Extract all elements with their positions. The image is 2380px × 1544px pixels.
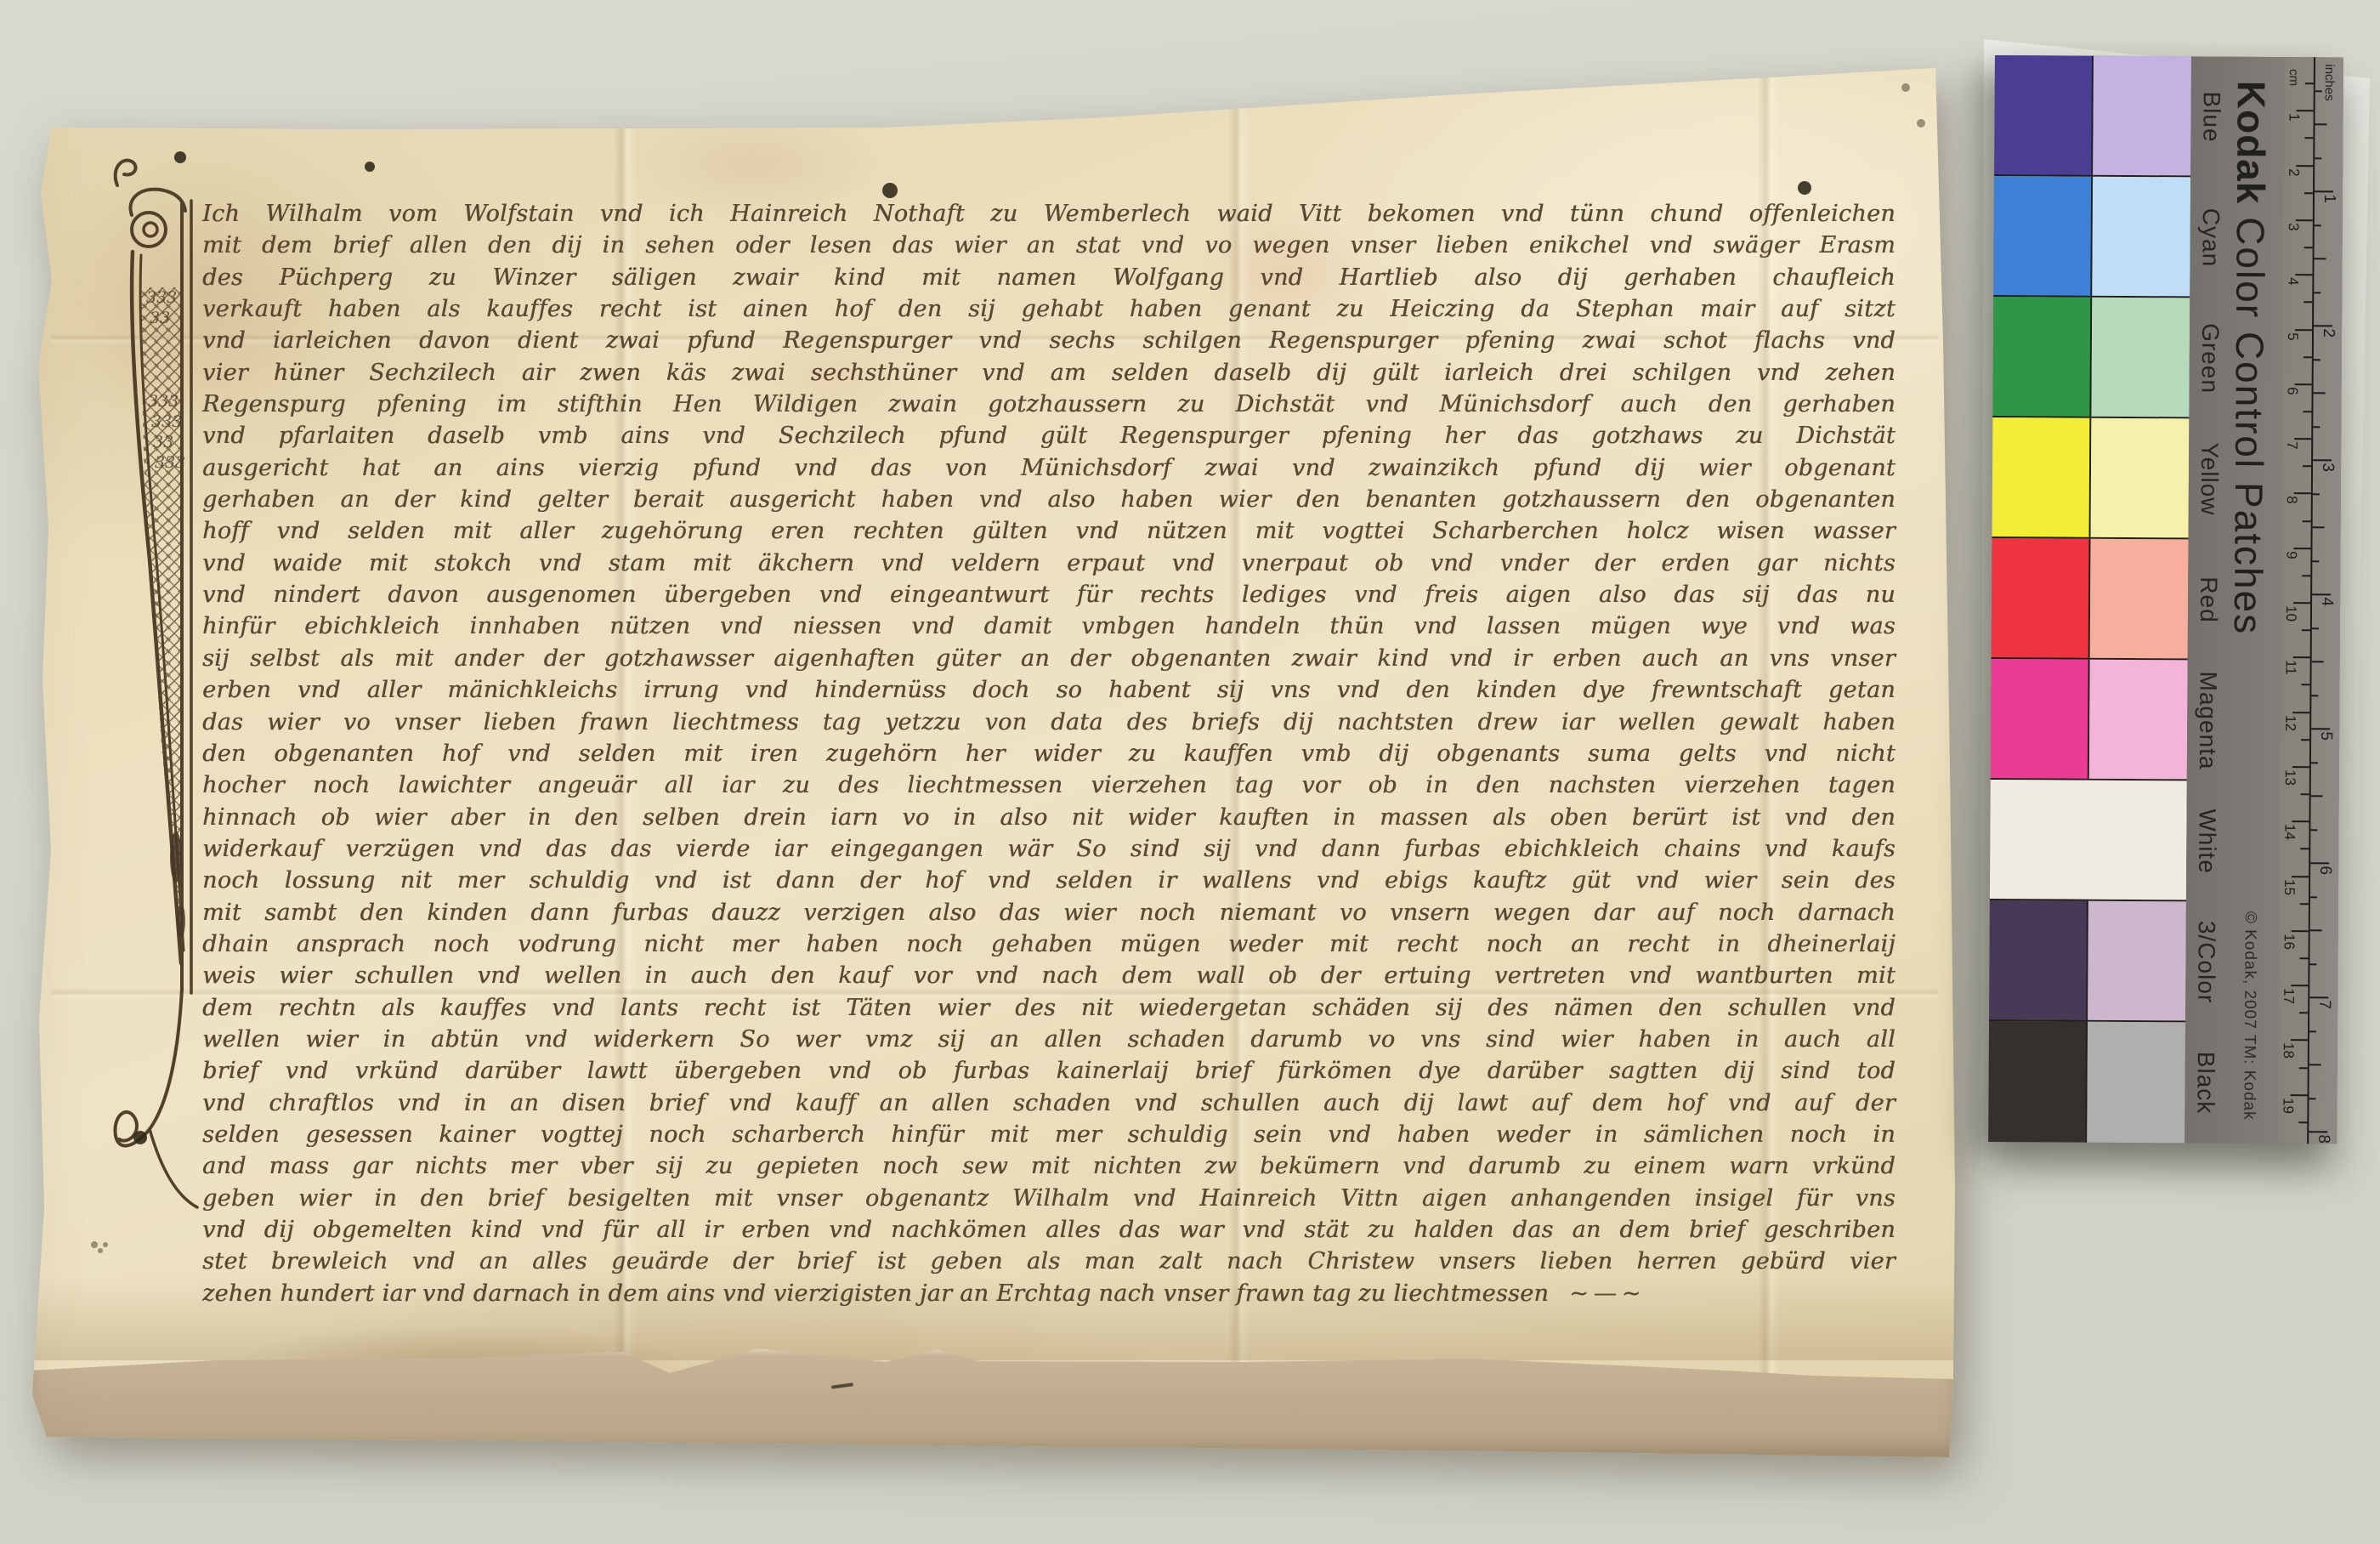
manuscript-line: mit dem brief allen den dij in sehen ode… — [202, 230, 1895, 261]
ruler-number: 7 — [2283, 441, 2300, 450]
color-row-label-yellow: Yellow — [2196, 442, 2224, 515]
ruler-tick — [2294, 493, 2311, 495]
ruler-tick — [2304, 247, 2313, 248]
manuscript-line: zehen hundert iar vnd darnach in dem ain… — [202, 1278, 1895, 1309]
svg-text:33: 33 — [150, 309, 170, 327]
svg-text:33: 33 — [153, 433, 173, 451]
patch-blue-solid — [1994, 55, 2094, 175]
manuscript-line: widerkauf verzügen vnd das das vierde ia… — [202, 833, 1895, 865]
patch-yellow-tint — [2091, 418, 2190, 538]
color-row-label-white: White — [2193, 809, 2220, 874]
ink-dot — [1917, 119, 1925, 128]
manuscript-line: vnd nindert davon ausgenomen übergeben v… — [202, 579, 1895, 610]
manuscript-line: Regenspurg pfening im stifthin Hen Wildi… — [202, 389, 1895, 420]
ruler-number: 5 — [2316, 731, 2335, 741]
card-copyright: © Kodak, 2007 TM: Kodak — [2239, 911, 2259, 1121]
ink-dot — [365, 162, 375, 172]
patch-green-solid — [1992, 297, 2092, 417]
patch-3color-tint — [2088, 901, 2186, 1021]
ink-dot — [1798, 181, 1811, 195]
ruler-number: 8 — [2314, 1134, 2332, 1144]
closing-flourish: ~—~ — [1569, 1280, 1646, 1307]
ruler-number: 2 — [2319, 328, 2337, 338]
ruler-tick — [2295, 383, 2312, 385]
manuscript-line: des Püchperg zu Winzer säligen zwair kin… — [202, 262, 1895, 293]
ruler-tick — [2313, 526, 2325, 528]
ruler-number: 11 — [2282, 660, 2299, 675]
ruler-tick — [2303, 356, 2312, 358]
patch-black-solid — [1988, 1021, 2088, 1143]
card-label-panel: BlueCyanGreenYellowRedMagentaWhite3/Colo… — [2184, 56, 2343, 1144]
manuscript-line: brief vnd vrkünd darüber lawtt übergeben… — [202, 1055, 1895, 1087]
ruler-number: 4 — [2284, 277, 2301, 286]
ruler-tick — [2303, 302, 2312, 304]
ruler-tick — [2312, 593, 2331, 595]
patch-magenta-tint — [2089, 660, 2188, 780]
photo-background: 33333333 33333333 Ich Wilhalm vom Wolfst… — [0, 0, 2380, 1544]
ruler-number: 18 — [2280, 1042, 2297, 1059]
patch-row-black — [1988, 1021, 2185, 1143]
ruler-number: 1 — [2286, 113, 2303, 122]
parchment-fold — [27, 1348, 1955, 1459]
ink-dot — [133, 1131, 147, 1144]
ruler-tick — [2315, 258, 2326, 259]
manuscript-line: weis wier schullen vnd wellen in auch de… — [202, 960, 1895, 991]
manuscript-line: vnd iarleichen davon dient zwai pfund Re… — [202, 325, 1895, 356]
ruler-tick — [2292, 712, 2309, 713]
color-row-label-green: Green — [2196, 323, 2224, 394]
svg-text:333: 333 — [148, 392, 178, 411]
manuscript-line: geben wier in den brief besigelten mit v… — [202, 1183, 1895, 1214]
ruler-tick — [2310, 896, 2317, 898]
svg-text:333: 333 — [155, 453, 185, 472]
ink-dot — [882, 183, 898, 198]
ink-dot — [174, 151, 186, 163]
card-title: Kodak Color Control Patches — [2225, 81, 2275, 636]
ruler-tick — [2292, 766, 2309, 768]
manuscript-line: mit sambt den kinden dann furbas dauzz v… — [202, 897, 1895, 928]
manuscript-line: den obgenanten hof vnd selden mit iren z… — [202, 738, 1895, 769]
ruler-tick — [2311, 762, 2318, 763]
manuscript-line: ausgericht hat an ains vierzig pfund vnd… — [202, 452, 1895, 484]
ruler-tick — [2313, 493, 2320, 495]
manuscript-line: vnd pfarlaiten daselb vmb ains vnd Sechz… — [202, 420, 1895, 451]
ruler-tick — [2315, 157, 2321, 159]
patch-yellow-solid — [1992, 417, 2092, 537]
ruler-cm-label: cm — [2286, 69, 2301, 86]
ruler-tick — [2309, 1098, 2316, 1099]
ruler-tick — [2311, 695, 2318, 696]
manuscript-line: dem rechtn als kauffes vnd lants recht i… — [202, 992, 1895, 1024]
ruler-tick — [2315, 90, 2322, 92]
ruler-tick — [2309, 1030, 2316, 1032]
ruler-tick — [2309, 963, 2316, 965]
ruler-number: 17 — [2280, 988, 2297, 1004]
ruler-tick — [2293, 656, 2310, 658]
ruler-tick — [2291, 1040, 2308, 1042]
ruler-tick — [2295, 274, 2312, 275]
ruler-inches-label: inches — [2322, 64, 2337, 100]
manuscript-line: selden gesessen kainer vogttej noch scha… — [202, 1119, 1895, 1150]
manuscript-line: wellen wier in abtün vnd widerkern So we… — [202, 1024, 1895, 1055]
ruler-tick — [2312, 560, 2319, 562]
ruler-tick — [2315, 190, 2333, 192]
patch-green-tint — [2091, 298, 2190, 417]
manuscript-line: and mass gar nichts mer vber sij zu gepi… — [202, 1150, 1895, 1182]
ruler-number: 12 — [2281, 715, 2298, 731]
color-row-label-magenta: Magenta — [2194, 671, 2222, 769]
ruler-tick — [2302, 629, 2310, 631]
manuscript-line: hinfür ebichkleich innhaben nützen vnd n… — [202, 610, 1895, 642]
ruler-tick — [2311, 728, 2330, 729]
patch-magenta-solid — [1991, 659, 2090, 779]
ruler-tick — [2292, 876, 2309, 877]
ruler-tick — [2298, 1121, 2307, 1123]
patch-red-solid — [1992, 538, 2091, 658]
ruler-tick — [2302, 575, 2310, 576]
ruler-tick — [2301, 739, 2309, 741]
manuscript-line: sij selbst als mit ander der gotzhawsser… — [202, 643, 1895, 674]
ruler-number: 5 — [2284, 332, 2301, 341]
patch-black-tint — [2087, 1022, 2185, 1144]
ruler-number: 10 — [2282, 605, 2299, 622]
ruler-tick — [2310, 829, 2317, 831]
ruler-tick — [2303, 465, 2311, 467]
manuscript-line: hocher noch lawichter angeuär all iar zu… — [202, 769, 1895, 801]
ink-dot — [103, 1242, 108, 1247]
ruler-number: 2 — [2285, 168, 2302, 177]
ink-dot — [1901, 83, 1910, 92]
ruler-tick — [2291, 1094, 2308, 1096]
color-row-label-black: Black — [2191, 1052, 2218, 1115]
manuscript-line: noch lossung nit mer schuldig vnd ist da… — [202, 865, 1895, 896]
ruler-tick — [2309, 1064, 2321, 1065]
ruler-number: 16 — [2281, 934, 2298, 950]
svg-text:333: 333 — [151, 412, 182, 431]
manuscript-line: stet brewleich vnd an alles geuärde der … — [202, 1246, 1895, 1277]
ruler-tick — [2304, 138, 2313, 139]
ruler-tick — [2292, 820, 2309, 822]
ruler-tick — [2299, 1012, 2308, 1013]
patch-row-cyan — [1993, 176, 2190, 298]
ruler-tick — [2313, 459, 2332, 461]
ruler-number: 8 — [2283, 496, 2300, 504]
ruler-tick — [2305, 82, 2314, 84]
manuscript-line: hoff vnd selden mit aller zugehörung ere… — [202, 515, 1895, 547]
ruler-tick — [2303, 520, 2311, 522]
ruler-number: 19 — [2279, 1098, 2296, 1114]
ruler-number: 1 — [2320, 194, 2338, 203]
ruler-tick — [2315, 224, 2321, 226]
manuscript-line: dhain ansprach noch vodrung nicht mer ha… — [202, 928, 1895, 960]
ruler-tick — [2293, 602, 2310, 604]
ruler-tick — [2313, 426, 2320, 428]
patch-row-magenta — [1991, 659, 2188, 781]
manuscript-text-block: Ich Wilhalm vom Wolfstain vnd ich Hainre… — [202, 198, 1895, 1309]
ruler-tick — [2310, 862, 2329, 864]
ruler-tick — [2309, 996, 2328, 998]
manuscript-line: Ich Wilhalm vom Wolfstain vnd ich Hainre… — [202, 198, 1895, 230]
patch-cyan-solid — [1993, 176, 2093, 296]
kodak-brand: Kodak — [2229, 81, 2274, 205]
manuscript-line: gerhaben an der kind gelter berait ausge… — [202, 484, 1895, 515]
ruler-tick — [2304, 192, 2313, 194]
patch-blue-tint — [2093, 56, 2191, 176]
ruler-number: 9 — [2282, 551, 2299, 559]
ruler-tick — [2294, 438, 2311, 440]
ruler-number: 3 — [2318, 463, 2337, 472]
patch-row-blue — [1994, 55, 2191, 177]
manuscript-line: vnd dij obgemelten kind vnd für all ir e… — [202, 1214, 1895, 1246]
ruler-tick — [2300, 957, 2309, 959]
manuscript-line: das wier vo vnser lieben frawn liechtmes… — [202, 707, 1895, 738]
ruler-tick — [2314, 392, 2326, 394]
ruler-tick — [2292, 930, 2309, 932]
ruler-number: 6 — [2284, 387, 2301, 395]
ruler-number: 15 — [2281, 879, 2298, 895]
ruler-tick — [2296, 219, 2313, 221]
patch-row-red — [1992, 538, 2189, 660]
color-patch-grid — [1988, 55, 2191, 1143]
ruler-tick — [2309, 1131, 2327, 1132]
ruler-tick — [2297, 110, 2314, 111]
patch-row-3color — [1989, 900, 2186, 1022]
manuscript-line: hinnach ob wier aber in den selben drein… — [202, 802, 1895, 833]
manuscript-line: vnd waide mit stokch vnd stam mit äkcher… — [202, 548, 1895, 579]
ruler-number: 7 — [2315, 1000, 2333, 1009]
ruler-number: 6 — [2315, 866, 2334, 875]
manuscript-line: erben vnd aller mänichkleichs irrung vnd… — [202, 674, 1895, 706]
ruler-tick — [2303, 411, 2311, 412]
kodak-color-card: BlueCyanGreenYellowRedMagentaWhite3/Colo… — [1988, 55, 2343, 1144]
ruler-tick — [2291, 985, 2308, 986]
card-title-rest: Color Control Patches — [2226, 204, 2273, 635]
patch-row-yellow — [1992, 417, 2190, 539]
ruler-tick — [2314, 325, 2332, 326]
ruler-tick — [2314, 292, 2320, 293]
patch-3color-solid — [1989, 900, 2088, 1020]
ruler-tick — [2293, 548, 2310, 549]
manuscript-line: verkauft haben als kauffes recht ist ain… — [202, 293, 1895, 325]
ruler-number: 4 — [2317, 597, 2336, 606]
color-row-label-cyan: Cyan — [2196, 208, 2224, 268]
ruler-tick — [2314, 359, 2320, 360]
decorated-initial: 33333333 33333333 — [109, 151, 204, 1233]
patch-white — [1990, 780, 2187, 900]
manuscript-line: vier hüner Sechzilech air zwen käs zwai … — [202, 357, 1895, 389]
ruler-number: 14 — [2281, 824, 2298, 840]
ruler-tick — [2295, 329, 2312, 331]
color-row-label-red: Red — [2195, 576, 2222, 623]
ruler-tick — [2300, 849, 2309, 850]
ink-dot — [98, 1248, 103, 1253]
ruler-tick — [2311, 795, 2323, 797]
color-row-label-blue: Blue — [2197, 91, 2224, 142]
ruler-tick — [2310, 929, 2322, 931]
ruler-number: 13 — [2281, 769, 2298, 786]
manuscript-line: vnd chraftlos vnd in an disen brief vnd … — [202, 1087, 1895, 1119]
ruler-tick — [2301, 793, 2309, 795]
ruler-tick — [2300, 903, 2309, 905]
ruler-tick — [2296, 165, 2313, 167]
patch-cyan-tint — [2092, 177, 2190, 297]
patch-red-tint — [2090, 539, 2189, 659]
ruler-tick — [2312, 661, 2324, 662]
ink-dot — [91, 1241, 98, 1248]
ruler-tick — [2315, 123, 2327, 125]
patch-row-green — [1992, 297, 2190, 418]
ruler-tick — [2301, 684, 2309, 686]
color-row-label-3color: 3/Color — [2192, 921, 2220, 1003]
patch-row-white — [1990, 780, 2187, 901]
ruler-tick — [2312, 627, 2319, 629]
ruler-number: 3 — [2285, 223, 2302, 231]
ruler: cm inches 123456789101112131415161718191… — [2278, 57, 2343, 1144]
svg-text:333: 333 — [146, 288, 177, 307]
ruler-tick — [2299, 1067, 2308, 1069]
